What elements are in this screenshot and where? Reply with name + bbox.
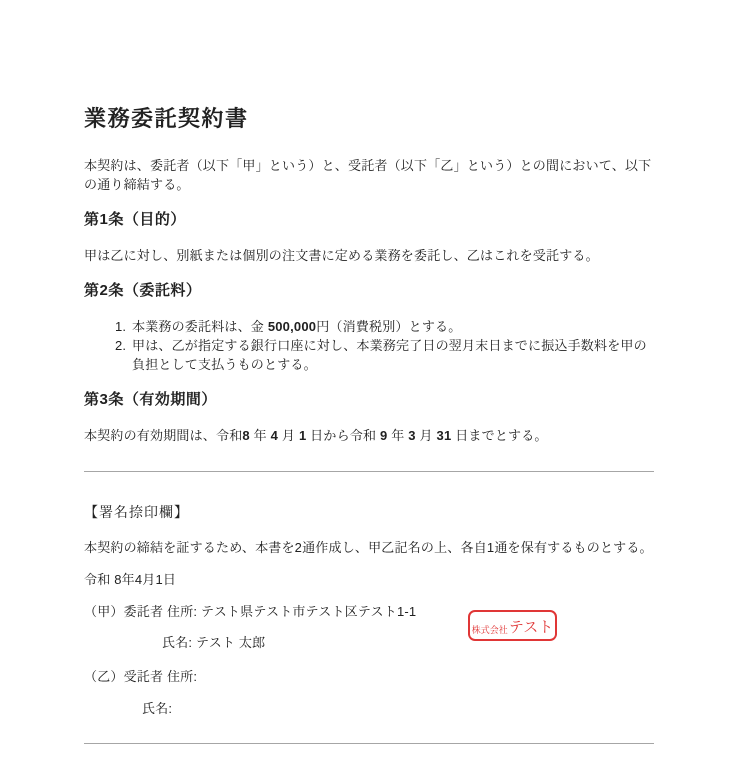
term-text: 年 [387,428,408,443]
article-1-heading: 第1条（目的） [84,210,654,230]
fee-amount: 500,000 [268,319,316,334]
kou-name-line: 氏名: テスト 太郎 [84,633,654,652]
kou-address-line: （甲）委託者 住所: テスト県テスト市テスト区テスト1-1 [84,602,654,621]
article-1-body: 甲は乙に対し、別紙または個別の注文書に定める業務を委託し、乙はこれを受託する。 [84,246,654,265]
term-start-month: 4 [271,428,278,443]
otsu-address-line: （乙）受託者 住所: [84,667,654,686]
term-end-day: 31 [437,428,452,443]
fee-text-post: 円（消費税別）とする。 [316,319,461,334]
article-2-heading: 第2条（委託料） [84,281,654,301]
seal-company-type: 株式会社 [472,625,508,636]
clause-item-fee: 本業務の委託料は、金 500,000円（消費税別）とする。 [130,317,654,336]
term-text: 月 [278,428,299,443]
term-start-year: 8 [242,428,249,443]
clause-item-payment: 甲は、乙が指定する銀行口座に対し、本業務完了日の翌月末日までに振込手数料を甲の負… [130,336,654,374]
page-title: 業務委託契約書 [84,106,654,132]
term-text: 日までとする。 [451,428,547,443]
term-text: 日から令和 [306,428,380,443]
term-end-month: 3 [408,428,415,443]
seal-company-name: テスト [509,619,553,636]
article-3-body: 本契約の有効期間は、令和8 年 4 月 1 日から令和 9 年 3 月 31 日… [84,426,654,445]
signature-date: 令和 8年4月1日 [84,570,654,589]
section-divider-bottom [84,743,654,744]
term-text: 年 [250,428,271,443]
company-seal-stamp: 株式会社テスト [468,610,557,641]
signature-section-heading: 【署名捺印欄】 [84,504,654,520]
section-divider-top [84,471,654,472]
fee-text-pre: 本業務の委託料は、金 [132,319,268,334]
contract-document-page: 業務委託契約書 本契約は、委託者（以下「甲」という）と、受託者（以下「乙」という… [0,0,738,757]
term-text: 本契約の有効期間は、令和 [84,428,242,443]
term-text: 月 [416,428,437,443]
contract-intro: 本契約は、委託者（以下「甲」という）と、受託者（以下「乙」という）との間において… [84,156,654,194]
signature-statement: 本契約の締結を証するため、本書を2通作成し、甲乙記名の上、各自1通を保有するもの… [84,538,654,557]
article-3-heading: 第3条（有効期間） [84,390,654,410]
article-2-clause-list: 本業務の委託料は、金 500,000円（消費税別）とする。 甲は、乙が指定する銀… [84,317,654,374]
otsu-name-line: 氏名: [84,699,654,718]
